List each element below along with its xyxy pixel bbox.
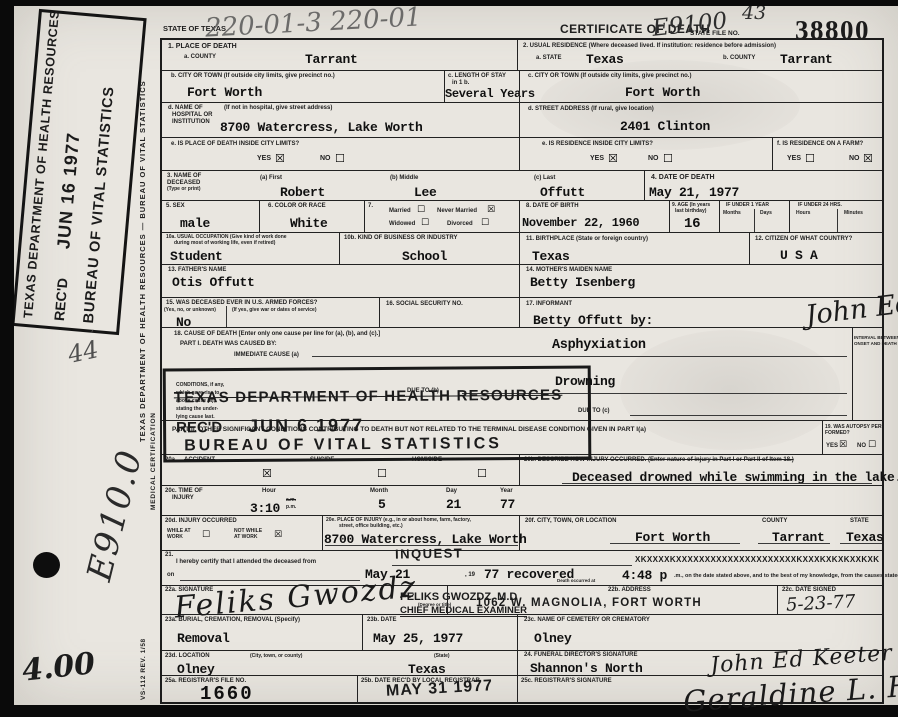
row-institution: d. NAME OF HOSPITAL OR INSTITUTION (If n… <box>162 102 882 137</box>
month-label: Month <box>370 488 388 495</box>
injury-county-label: COUNTY <box>762 518 787 525</box>
institution-label-3: INSTITUTION <box>172 119 210 126</box>
farm-yes-checkbox: ☐ <box>805 152 815 165</box>
father-label: 13. FATHER'S NAME <box>168 267 226 274</box>
field-race: 6. COLOR OR RACE White <box>259 201 365 232</box>
certify-line-1 <box>392 565 632 566</box>
mother-value: Betty Isenberg <box>530 276 635 289</box>
autopsy-no: NO <box>857 443 866 450</box>
immediate-cause-label: IMMEDIATE CAUSE (a) <box>234 352 299 359</box>
informant-value: Betty Offutt by: <box>533 314 653 327</box>
row-registrar: 25a. REGISTRAR'S FILE NO. 1660 25b. DATE… <box>162 675 882 702</box>
year-label: Year <box>500 488 513 495</box>
under24-label: IF UNDER 24 HRS. <box>798 203 842 209</box>
farm-label: f. IS RESIDENCE ON A FARM? <box>777 141 863 148</box>
residence-county-label: b. COUNTY <box>723 55 755 62</box>
registrar-file-value: 1660 <box>200 685 254 704</box>
injury-state-line <box>840 543 882 544</box>
stamp-line: BUREAU OF VITAL STATISTICS <box>81 86 118 325</box>
burial-location-label: 23d. LOCATION <box>165 653 210 660</box>
year-value: 77 <box>500 498 515 511</box>
date-signed-value: 5-23-77 <box>785 591 855 616</box>
never-married-checkbox: ☒ <box>487 205 495 215</box>
hour-value: 3:10 <box>250 502 280 515</box>
received-stamp-jun6: TEXAS DEPARTMENT OF HEALTH RESOURCES REC… <box>163 366 592 463</box>
armed-forces-label: 15. WAS DECEASED EVER IN U.S. ARMED FORC… <box>166 300 317 307</box>
death-occurred-label: Death occurred at <box>557 578 595 583</box>
injury-description-line <box>562 483 872 484</box>
field-place-of-injury: 20e. PLACE OF INJURY (e.g., in or about … <box>322 516 520 550</box>
never-married-label: Never Married <box>437 208 477 215</box>
row-city: b. CITY OR TOWN (If outside city limits,… <box>162 70 882 102</box>
burial-type-value: Removal <box>177 632 230 645</box>
days-label: Days <box>760 211 772 217</box>
death-time-value: 4:48 p <box>622 569 667 582</box>
residence-state-value: Texas <box>586 53 624 66</box>
stamp-date: JUN 16 1977 <box>53 131 84 249</box>
edge-department-text: TEXAS DEPARTMENT OF HEALTH RESOURCES — B… <box>138 92 147 442</box>
accident-checkbox: ☒ <box>262 467 272 480</box>
field-business: 10b. KIND OF BUSINESS OR INDUSTRY School <box>339 233 520 264</box>
edge-medical-certification: MEDICAL CERTIFICATION <box>150 360 157 510</box>
residence-city-value: Fort Worth <box>625 86 700 99</box>
cause-b-value: Drowning <box>555 375 615 388</box>
field-mother-name: 14. MOTHER'S MAIDEN NAME Betty Isenberg <box>519 265 883 297</box>
months-days-divider <box>754 209 755 232</box>
part1-label: PART I. DEATH WAS CAUSED BY: <box>180 341 277 348</box>
residence-limits-yes-checkbox: ☒ <box>608 152 618 165</box>
row-physician-signature: 22a. SIGNATURE Feliks Gwozdz FELIKS GWOZ… <box>162 585 882 614</box>
field-sex: 5. SEX male <box>162 201 259 232</box>
burial-location-sub1: (City, town, or county) <box>250 654 302 660</box>
field-usual-residence: 2. USUAL RESIDENCE (Where deceased lived… <box>517 40 883 70</box>
birthplace-value: Texas <box>532 250 570 263</box>
field-time-of-injury: 20c. TIME OF INJURY Hour 3:10 a.m. p.m. … <box>162 486 519 515</box>
race-label: 6. COLOR OR RACE <box>268 203 326 210</box>
field-street-address: d. STREET ADDRESS (If rural, give locati… <box>519 103 883 137</box>
certify-text: I hereby certify that I attended the dec… <box>176 559 316 566</box>
certify-tail: .m., on the date stated above, and to th… <box>674 573 898 579</box>
pm-label: p.m. <box>286 505 296 511</box>
mother-label: 14. MOTHER'S MAIDEN NAME <box>526 267 612 274</box>
name-label-3: (Type or print) <box>167 187 201 193</box>
autopsy-yes-checkbox: ☒ <box>839 440 847 450</box>
farm-yes: YES <box>787 155 801 163</box>
street-address-label: d. STREET ADDRESS (If rural, give locati… <box>528 106 654 113</box>
field-death-city-limits: e. IS PLACE OF DEATH INSIDE CITY LIMITS?… <box>162 138 519 170</box>
divorced-checkbox: ☐ <box>481 218 489 228</box>
certify-on: on <box>167 572 174 579</box>
sex-value: male <box>180 217 210 230</box>
dob-label: 8. DATE OF BIRTH <box>526 203 579 210</box>
autopsy-yes: YES <box>826 443 838 450</box>
name-label-1: 3. NAME OF <box>167 173 201 180</box>
institution-label-2: HOSPITAL OR <box>172 112 212 119</box>
stamp-recd: REC'D <box>176 419 222 436</box>
stamp-line: TEXAS DEPARTMENT OF HEALTH RESOURCES <box>174 387 563 407</box>
middle-name-value: Lee <box>414 186 437 199</box>
row-location-funeral: 23d. LOCATION (City, town, or county) (S… <box>162 650 882 675</box>
death-limits-no-checkbox: ☐ <box>335 152 345 165</box>
hour-label: Hour <box>262 488 276 495</box>
autopsy-no-checkbox: ☐ <box>868 440 876 450</box>
first-name-label: (a) First <box>260 175 282 182</box>
death-limits-yes-checkbox: ☒ <box>275 152 285 165</box>
hours-label: Hours <box>796 211 810 217</box>
hole-punch-dot <box>33 552 60 578</box>
registrar-signature-label: 25c. REGISTRAR'S SIGNATURE <box>521 678 612 685</box>
ssn-label: 16. SOCIAL SECURITY NO. <box>386 301 463 308</box>
field-if-under-1-year: IF UNDER 1 YEAR Months Days <box>719 201 790 232</box>
street-address-value: 2401 Clinton <box>620 120 710 133</box>
field-citizenship: 12. CITIZEN OF WHAT COUNTRY? U S A <box>749 233 883 264</box>
race-value: White <box>290 217 328 230</box>
cause-a-line <box>312 356 847 357</box>
institution-value: 8700 Watercress, Lake Worth <box>220 121 423 134</box>
institution-label-1: d. NAME OF <box>168 105 203 112</box>
age-value: 16 <box>684 217 700 231</box>
row-demographics: 5. SEX male 6. COLOR OR RACE White 7. Ma… <box>162 200 882 232</box>
funeral-home-value: Shannon's North <box>530 662 643 675</box>
field-physician-address: 22b. ADDRESS 1062 W. MAGNOLIA, FORT WORT… <box>447 586 778 614</box>
farm-no: NO <box>849 155 860 163</box>
time-of-injury-label-1: 20c. TIME OF <box>165 488 203 495</box>
injury-city-line <box>610 543 740 544</box>
citizenship-value: U S A <box>780 249 818 262</box>
date-of-death-label: 4. DATE OF DEATH <box>651 174 715 182</box>
while-at-work-checkbox: ☐ <box>202 530 210 540</box>
married-checkbox: ☐ <box>417 205 425 215</box>
edge-form-revision: VS-112 REV. 1/58 <box>140 592 147 700</box>
place-of-injury-label-2: street, office building, etc.) <box>339 524 403 530</box>
field-injury-occurred: 20d. INJURY OCCURRED WHILE AT WORK ☐ NOT… <box>162 516 322 550</box>
field-informant: 17. INFORMANT Betty Offutt by: John Ed K… <box>519 298 883 327</box>
under1yr-label: IF UNDER 1 YEAR <box>726 203 769 209</box>
suicide-checkbox: ☐ <box>377 467 387 480</box>
father-value: Otis Offutt <box>172 276 255 289</box>
death-city-value: Fort Worth <box>187 86 262 99</box>
row-place-of-injury: 20d. INJURY OCCURRED WHILE AT WORK ☐ NOT… <box>162 515 882 550</box>
length-of-stay-label: c. LENGTH OF STAY <box>448 73 506 80</box>
stamp-date: JUN 6 1977 <box>248 415 364 437</box>
farm-no-checkbox: ☒ <box>863 152 873 165</box>
residence-limits-no-checkbox: ☐ <box>663 152 673 165</box>
field-autopsy: 19. WAS AUTOPSY PER- FORMED? YES ☒ NO ☐ <box>822 421 883 454</box>
not-while-at-work-label-2: AT WORK <box>234 535 258 541</box>
hours-minutes-divider <box>837 209 838 232</box>
day-label: Day <box>446 488 457 495</box>
time-of-injury-label-2: INJURY <box>172 495 194 502</box>
armed-forces-divider <box>226 306 227 327</box>
cemetery-value: Olney <box>534 632 572 645</box>
county-label: a. COUNTY <box>184 54 216 61</box>
field-age: 9. AGE (In years last birthday) 16 <box>669 201 720 232</box>
row-parents: 13. FATHER'S NAME Otis Offutt 14. MOTHER… <box>162 264 882 297</box>
crossed-out-xs: XKXXXXKXXXXXXXXXXXXXXXXXXXXXKXXXKXKXKXXK… <box>635 555 879 564</box>
field-registrar-file-no: 25a. REGISTRAR'S FILE NO. 1660 <box>162 676 357 702</box>
address-value: 1062 W. MAGNOLIA, FORT WORTH <box>476 597 702 609</box>
row-occupation: 10a. USUAL OCCUPATION (Give kind of work… <box>162 232 882 264</box>
field-injury-location: 20f. CITY, TOWN, OR LOCATION COUNTY STAT… <box>519 516 883 550</box>
day-value: 21 <box>446 498 461 511</box>
armed-forces-sub2: (If yes, give war or dates of service) <box>232 308 316 314</box>
field-place-of-death: 1. PLACE OF DEATH a. COUNTY Tarrant <box>162 40 517 70</box>
scan-edge-left <box>0 0 14 717</box>
row-city-limits: e. IS PLACE OF DEATH INSIDE CITY LIMITS?… <box>162 137 882 170</box>
death-city-label: b. CITY OR TOWN (If outside city limits,… <box>171 73 335 80</box>
row-certification: 21. I hereby certify that I attended the… <box>162 550 882 585</box>
occupation-value: Student <box>170 250 223 263</box>
burial-location-sub2: (State) <box>434 654 450 660</box>
residence-state-label: a. STATE <box>536 55 561 62</box>
residence-county-value: Tarrant <box>780 53 833 66</box>
address-label: 22b. ADDRESS <box>608 587 651 594</box>
not-while-at-work-checkbox: ☒ <box>274 530 282 540</box>
field-burial-date: 23b. DATE May 25, 1977 <box>362 615 518 650</box>
armed-forces-sub1: (Yes, no, or unknown) <box>164 308 216 314</box>
date-of-death-value: May 21, 1977 <box>649 186 739 199</box>
field-burial-location: 23d. LOCATION (City, town, or county) (S… <box>162 651 517 675</box>
field-registrar-signature: 25c. REGISTRAR'S SIGNATURE Geraldine L. … <box>517 676 883 702</box>
divorced-label: Divorced <box>447 221 473 228</box>
cause-a-value: Asphyxiation <box>552 339 646 353</box>
while-at-work-label-2: WORK <box>167 535 183 541</box>
field-date-of-birth: 8. DATE OF BIRTH November 22, 1960 <box>519 201 670 232</box>
interval-label-1: INTERVAL BETWEEN <box>854 335 898 340</box>
field-occupation: 10a. USUAL OCCUPATION (Give kind of work… <box>162 233 339 264</box>
row-burial: 23a. BURIAL, CREMATION, REMOVAL (Specify… <box>162 614 882 650</box>
age-label-2: last birthday) <box>675 209 706 215</box>
residence-city-label: c. CITY OR TOWN (If outside city limits,… <box>528 73 691 80</box>
am-label: a.m. <box>286 498 296 504</box>
place-of-death-label: 1. PLACE OF DEATH <box>168 43 237 51</box>
sex-label: 5. SEX <box>166 203 185 210</box>
field-registrar-date: 25b. DATE REC'D BY LOCAL REGISTRAR MAY 3… <box>357 676 518 702</box>
death-limits-label: e. IS PLACE OF DEATH INSIDE CITY LIMITS? <box>171 141 299 148</box>
burial-date-value: May 25, 1977 <box>373 632 463 645</box>
field-institution: d. NAME OF HOSPITAL OR INSTITUTION (If n… <box>162 103 519 137</box>
homicide-checkbox: ☐ <box>477 467 487 480</box>
cause-c-line <box>630 415 847 416</box>
length-of-stay-sub: in 1 b. <box>452 80 469 87</box>
scan-edge-top <box>0 0 898 6</box>
last-name-label: (c) Last <box>534 175 555 182</box>
cause-of-death-label: 18. CAUSE OF DEATH [Enter only one cause… <box>174 331 380 338</box>
business-label: 10b. KIND OF BUSINESS OR INDUSTRY <box>344 235 457 242</box>
field-residence-city-limits: e. IS RESIDENCE INSIDE CITY LIMITS? YES … <box>519 138 773 170</box>
field-armed-forces: 15. WAS DECEASED EVER IN U.S. ARMED FORC… <box>162 298 379 327</box>
cemetery-label: 23c. NAME OF CEMETERY OR CREMATORY <box>524 617 650 624</box>
field-name-of-deceased: 3. NAME OF DECEASED (Type or print) (a) … <box>162 171 644 200</box>
occupation-label-2: during most of working life, even if ret… <box>174 241 275 247</box>
usual-residence-label: 2. USUAL RESIDENCE (Where deceased lived… <box>523 43 776 50</box>
field-if-under-24-hrs: IF UNDER 24 HRS. Hours Minutes <box>789 201 883 232</box>
field-interval-column: INTERVAL BETWEEN ONSET AND DEATH <box>852 328 883 420</box>
due-to-c-label: DUE TO (c) <box>578 408 610 415</box>
first-name-value: Robert <box>280 186 325 199</box>
residence-limits-label: e. IS RESIDENCE INSIDE CITY LIMITS? <box>542 141 653 148</box>
row-name: 3. NAME OF DECEASED (Type or print) (a) … <box>162 170 882 200</box>
citizenship-label: 12. CITIZEN OF WHAT COUNTRY? <box>755 236 852 243</box>
scanned-death-certificate: TEXAS DEPARTMENT OF HEALTH RESOURCES REC… <box>0 0 898 717</box>
business-value: School <box>402 250 447 263</box>
field-death-city: b. CITY OR TOWN (If outside city limits,… <box>162 71 444 102</box>
death-limits-no: NO <box>320 155 331 163</box>
months-label: Months <box>723 211 741 217</box>
married-label: Married <box>389 208 411 215</box>
institution-hint: (If not in hospital, give street address… <box>224 105 332 112</box>
field-date-of-death: 4. DATE OF DEATH May 21, 1977 <box>644 171 883 200</box>
month-value: 5 <box>378 498 386 511</box>
dob-value: November 22, 1960 <box>522 217 639 229</box>
field-physician-signature: 22a. SIGNATURE Feliks Gwozdz FELIKS GWOZ… <box>162 586 447 614</box>
death-limits-yes: YES <box>257 155 271 163</box>
injury-county-line <box>758 543 830 544</box>
residence-limits-yes: YES <box>590 155 604 163</box>
place-of-injury-value: 8700 Watercress, Lake Worth <box>324 533 527 546</box>
widowed-checkbox: ☐ <box>421 218 429 228</box>
injury-occurred-label: 20d. INJURY OCCURRED <box>165 518 237 525</box>
county-value: Tarrant <box>305 53 358 66</box>
injury-city-label: 20f. CITY, TOWN, OR LOCATION <box>525 518 616 525</box>
widowed-label: Widowed <box>389 221 415 228</box>
injury-state-label: STATE <box>850 518 869 525</box>
last-name-value: Offutt <box>540 186 585 199</box>
middle-name-label: (b) Middle <box>390 175 418 182</box>
stamp-line: BUREAU OF VITAL STATISTICS <box>184 435 502 455</box>
residence-limits-no: NO <box>648 155 659 163</box>
row-place-residence: 1. PLACE OF DEATH a. COUNTY Tarrant 2. U… <box>162 40 882 70</box>
field-birthplace: 11. BIRTHPLACE (State or foreign country… <box>519 233 750 264</box>
field-ssn: 16. SOCIAL SECURITY NO. <box>379 298 520 327</box>
autopsy-label-2: FORMED? <box>825 431 850 437</box>
certify-num: 21. <box>165 552 173 559</box>
stamp-recd: REC'D <box>51 277 71 321</box>
field-date-signed: 22c. DATE SIGNED 5-23-77 <box>777 586 883 614</box>
field-length-of-stay: c. LENGTH OF STAY in 1 b. Several Years <box>444 71 520 102</box>
informant-label: 17. INFORMANT <box>526 301 572 308</box>
certify-19: , 19 <box>465 572 475 579</box>
field-residence-city: c. CITY OR TOWN (If outside city limits,… <box>519 71 883 102</box>
state-file-no-label: STATE FILE NO. <box>690 30 740 37</box>
burial-date-label: 23b. DATE <box>367 617 397 624</box>
field-marital-status: 7. Married ☐ Never Married ☒ Widowed ☐ D… <box>364 201 520 232</box>
row-time-of-injury: 20c. TIME OF INJURY Hour 3:10 a.m. p.m. … <box>162 485 882 515</box>
field-residence-farm: f. IS RESIDENCE ON A FARM? YES ☐ NO ☒ <box>772 138 883 170</box>
row-service-informant: 15. WAS DECEASED EVER IN U.S. ARMED FORC… <box>162 297 882 327</box>
birthplace-label: 11. BIRTHPLACE (State or foreign country… <box>526 236 648 243</box>
field-funeral-director: 24. FUNERAL DIRECTOR'S SIGNATURE Shannon… <box>517 651 883 675</box>
field-father-name: 13. FATHER'S NAME Otis Offutt <box>162 265 519 297</box>
funeral-director-label: 24. FUNERAL DIRECTOR'S SIGNATURE <box>524 652 637 659</box>
minutes-label: Minutes <box>844 211 863 217</box>
interval-label-2: ONSET AND DEATH <box>854 341 897 346</box>
inquest-stamp: INQUEST <box>395 545 464 561</box>
marital-num: 7. <box>368 203 373 210</box>
